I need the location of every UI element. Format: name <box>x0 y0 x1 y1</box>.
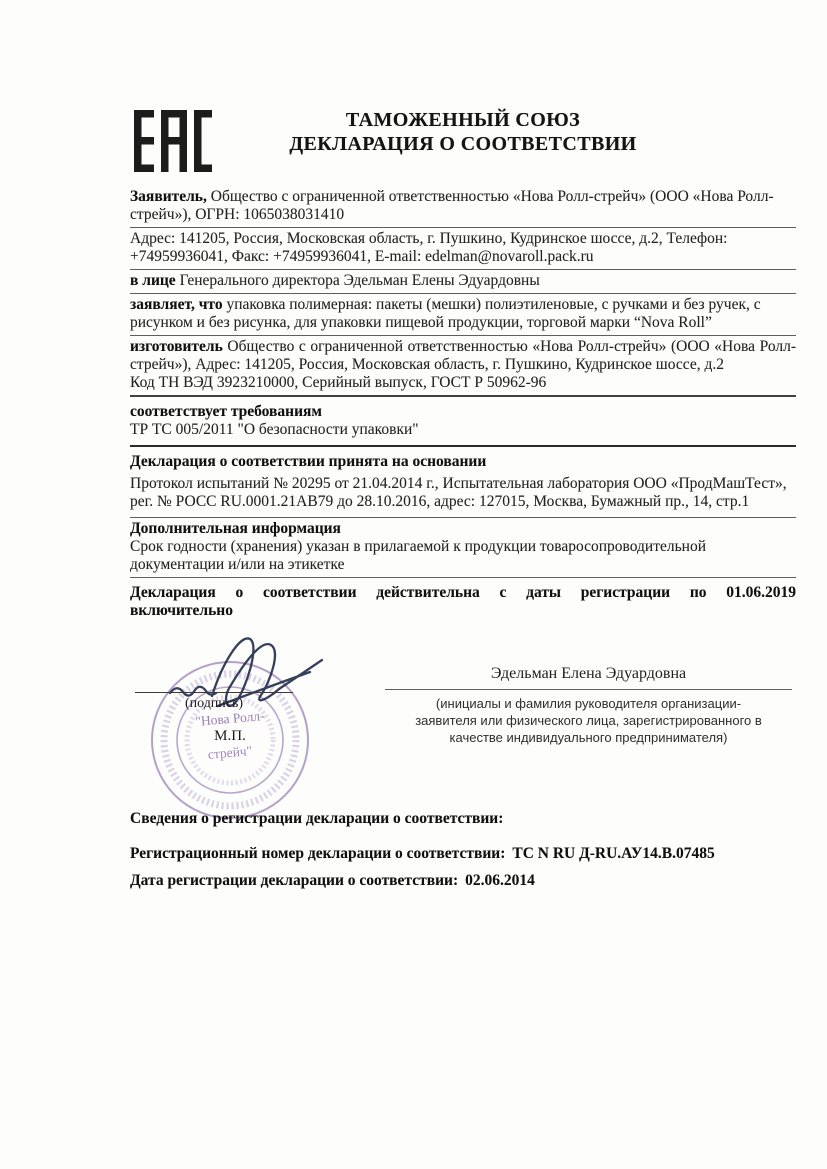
declaration-body: Заявитель, Общество с ограниченной ответ… <box>130 186 796 626</box>
registration-date-label: Дата регистрации декларации о соответств… <box>130 872 458 889</box>
signature-line <box>135 692 293 693</box>
registration-date-line: Дата регистрации декларации о соответств… <box>130 872 535 890</box>
applicant-row: Заявитель, Общество с ограниченной ответ… <box>130 186 796 228</box>
validity-row: Декларация о соответствии действительна … <box>130 578 796 626</box>
person-text: Генерального директора Эдельман Елены Эд… <box>176 272 540 289</box>
head-caption-line-2: заявителя или физического лица, зарегист… <box>387 712 790 729</box>
head-full-name: Эдельман Елена Эдуардовна <box>385 665 792 683</box>
person-label: в лице <box>130 272 176 289</box>
validity-line-1: Декларация о соответствии действительна … <box>130 584 796 602</box>
basis-label: Декларация о соответствии принята на осн… <box>130 453 796 471</box>
address-row: Адрес: 141205, Россия, Московская област… <box>130 228 796 270</box>
registration-heading: Сведения о регистрации декларации о соот… <box>130 810 503 828</box>
declares-label: заявляет, что <box>130 296 223 313</box>
head-caption-line-1: (инициалы и фамилия руководителя организ… <box>387 695 790 712</box>
head-caption-line-3: качестве индивидуального предпринимателя… <box>387 729 790 746</box>
tn-ved-code-line: Код ТН ВЭД 3923210000, Серийный выпуск, … <box>130 374 796 392</box>
declares-text: упаковка полимерная: пакеты (мешки) поли… <box>130 296 761 331</box>
head-name-caption: (инициалы и фамилия руководителя организ… <box>387 695 790 746</box>
applicant-text: Общество с ограниченной ответственностью… <box>130 188 774 223</box>
applicant-label: Заявитель, <box>130 188 207 205</box>
registration-number-label: Регистрационный номер декларации о соотв… <box>130 845 505 862</box>
registration-number-value: ТС N RU Д-RU.АУ14.В.07485 <box>512 845 714 862</box>
title-line-2: ДЕКЛАРАЦИЯ О СООТВЕТСТВИИ <box>130 132 796 156</box>
person-row: в лице Генерального директора Эдельман Е… <box>130 270 796 294</box>
additional-info-label: Дополнительная информация <box>130 520 796 538</box>
registration-date-value: 02.06.2014 <box>465 872 535 889</box>
declaration-document-scan: ТАМОЖЕННЫЙ СОЮЗ ДЕКЛАРАЦИЯ О СООТВЕТСТВИ… <box>0 0 827 1169</box>
conforms-row: соответствует требованиям ТР ТС 005/2011… <box>130 397 796 447</box>
declares-row: заявляет, что упаковка полимерная: пакет… <box>130 294 796 336</box>
address-text: Адрес: 141205, Россия, Московская област… <box>130 230 727 265</box>
additional-info-text: Срок годности (хранения) указан в прилаг… <box>130 538 796 574</box>
title-line-1: ТАМОЖЕННЫЙ СОЮЗ <box>130 108 796 132</box>
conforms-label: соответствует требованиям <box>130 403 796 421</box>
basis-text: Протокол испытаний № 20295 от 21.04.2014… <box>130 475 796 511</box>
manufacturer-text: Общество с ограниченной ответственностью… <box>130 338 796 373</box>
head-name-line <box>385 689 792 690</box>
registration-number-line: Регистрационный номер декларации о соотв… <box>130 845 715 863</box>
conforms-text: ТР ТС 005/2011 "О безопасности упаковки" <box>130 421 796 439</box>
manufacturer-label: изготовитель <box>130 338 223 355</box>
document-title: ТАМОЖЕННЫЙ СОЮЗ ДЕКЛАРАЦИЯ О СООТВЕТСТВИ… <box>130 108 796 156</box>
basis-row: Декларация о соответствии принята на осн… <box>130 447 796 518</box>
manufacturer-row: изготовитель Общество с ограниченной отв… <box>130 336 796 397</box>
additional-info-row: Дополнительная информация Срок годности … <box>130 518 796 578</box>
manufacturer-paragraph: изготовитель Общество с ограниченной отв… <box>130 338 796 374</box>
validity-line-2: включительно <box>130 602 796 620</box>
